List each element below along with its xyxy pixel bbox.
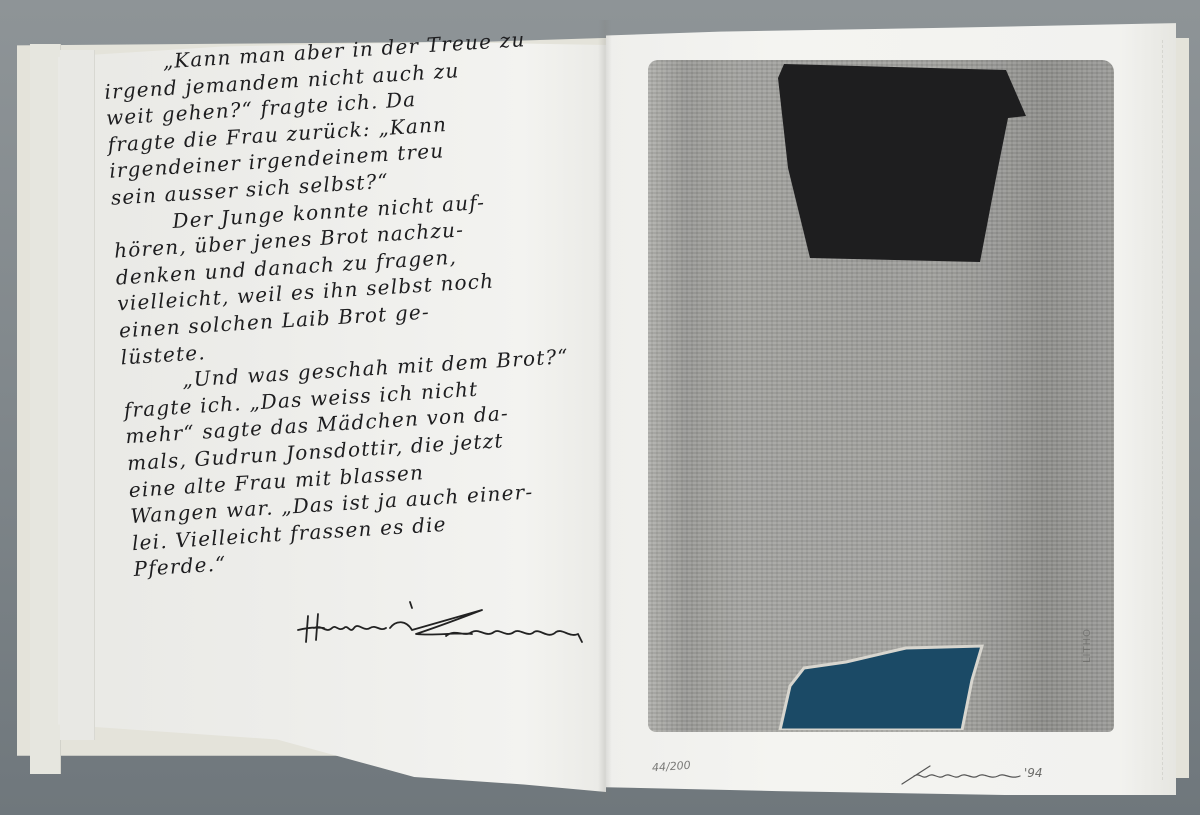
author-signature: Halldór Laxness — [296, 598, 596, 648]
print-year: '94 — [1024, 766, 1043, 780]
photo-scene: „Kann man aber in der Treue zu irgend je… — [0, 0, 1200, 815]
right-page-deckle-edge — [1160, 40, 1163, 780]
cover-edge-left — [30, 44, 61, 774]
handwritten-text: „Kann man aber in der Treue zu irgend je… — [102, 21, 638, 650]
black-shape — [774, 58, 1028, 263]
edition-number: 44/200 — [652, 759, 692, 775]
left-page-fold — [60, 50, 95, 740]
artist-signature: Lorinucci — [900, 760, 1030, 786]
blue-shape — [776, 640, 986, 730]
print-side-mark: LITHO — [1082, 628, 1093, 663]
